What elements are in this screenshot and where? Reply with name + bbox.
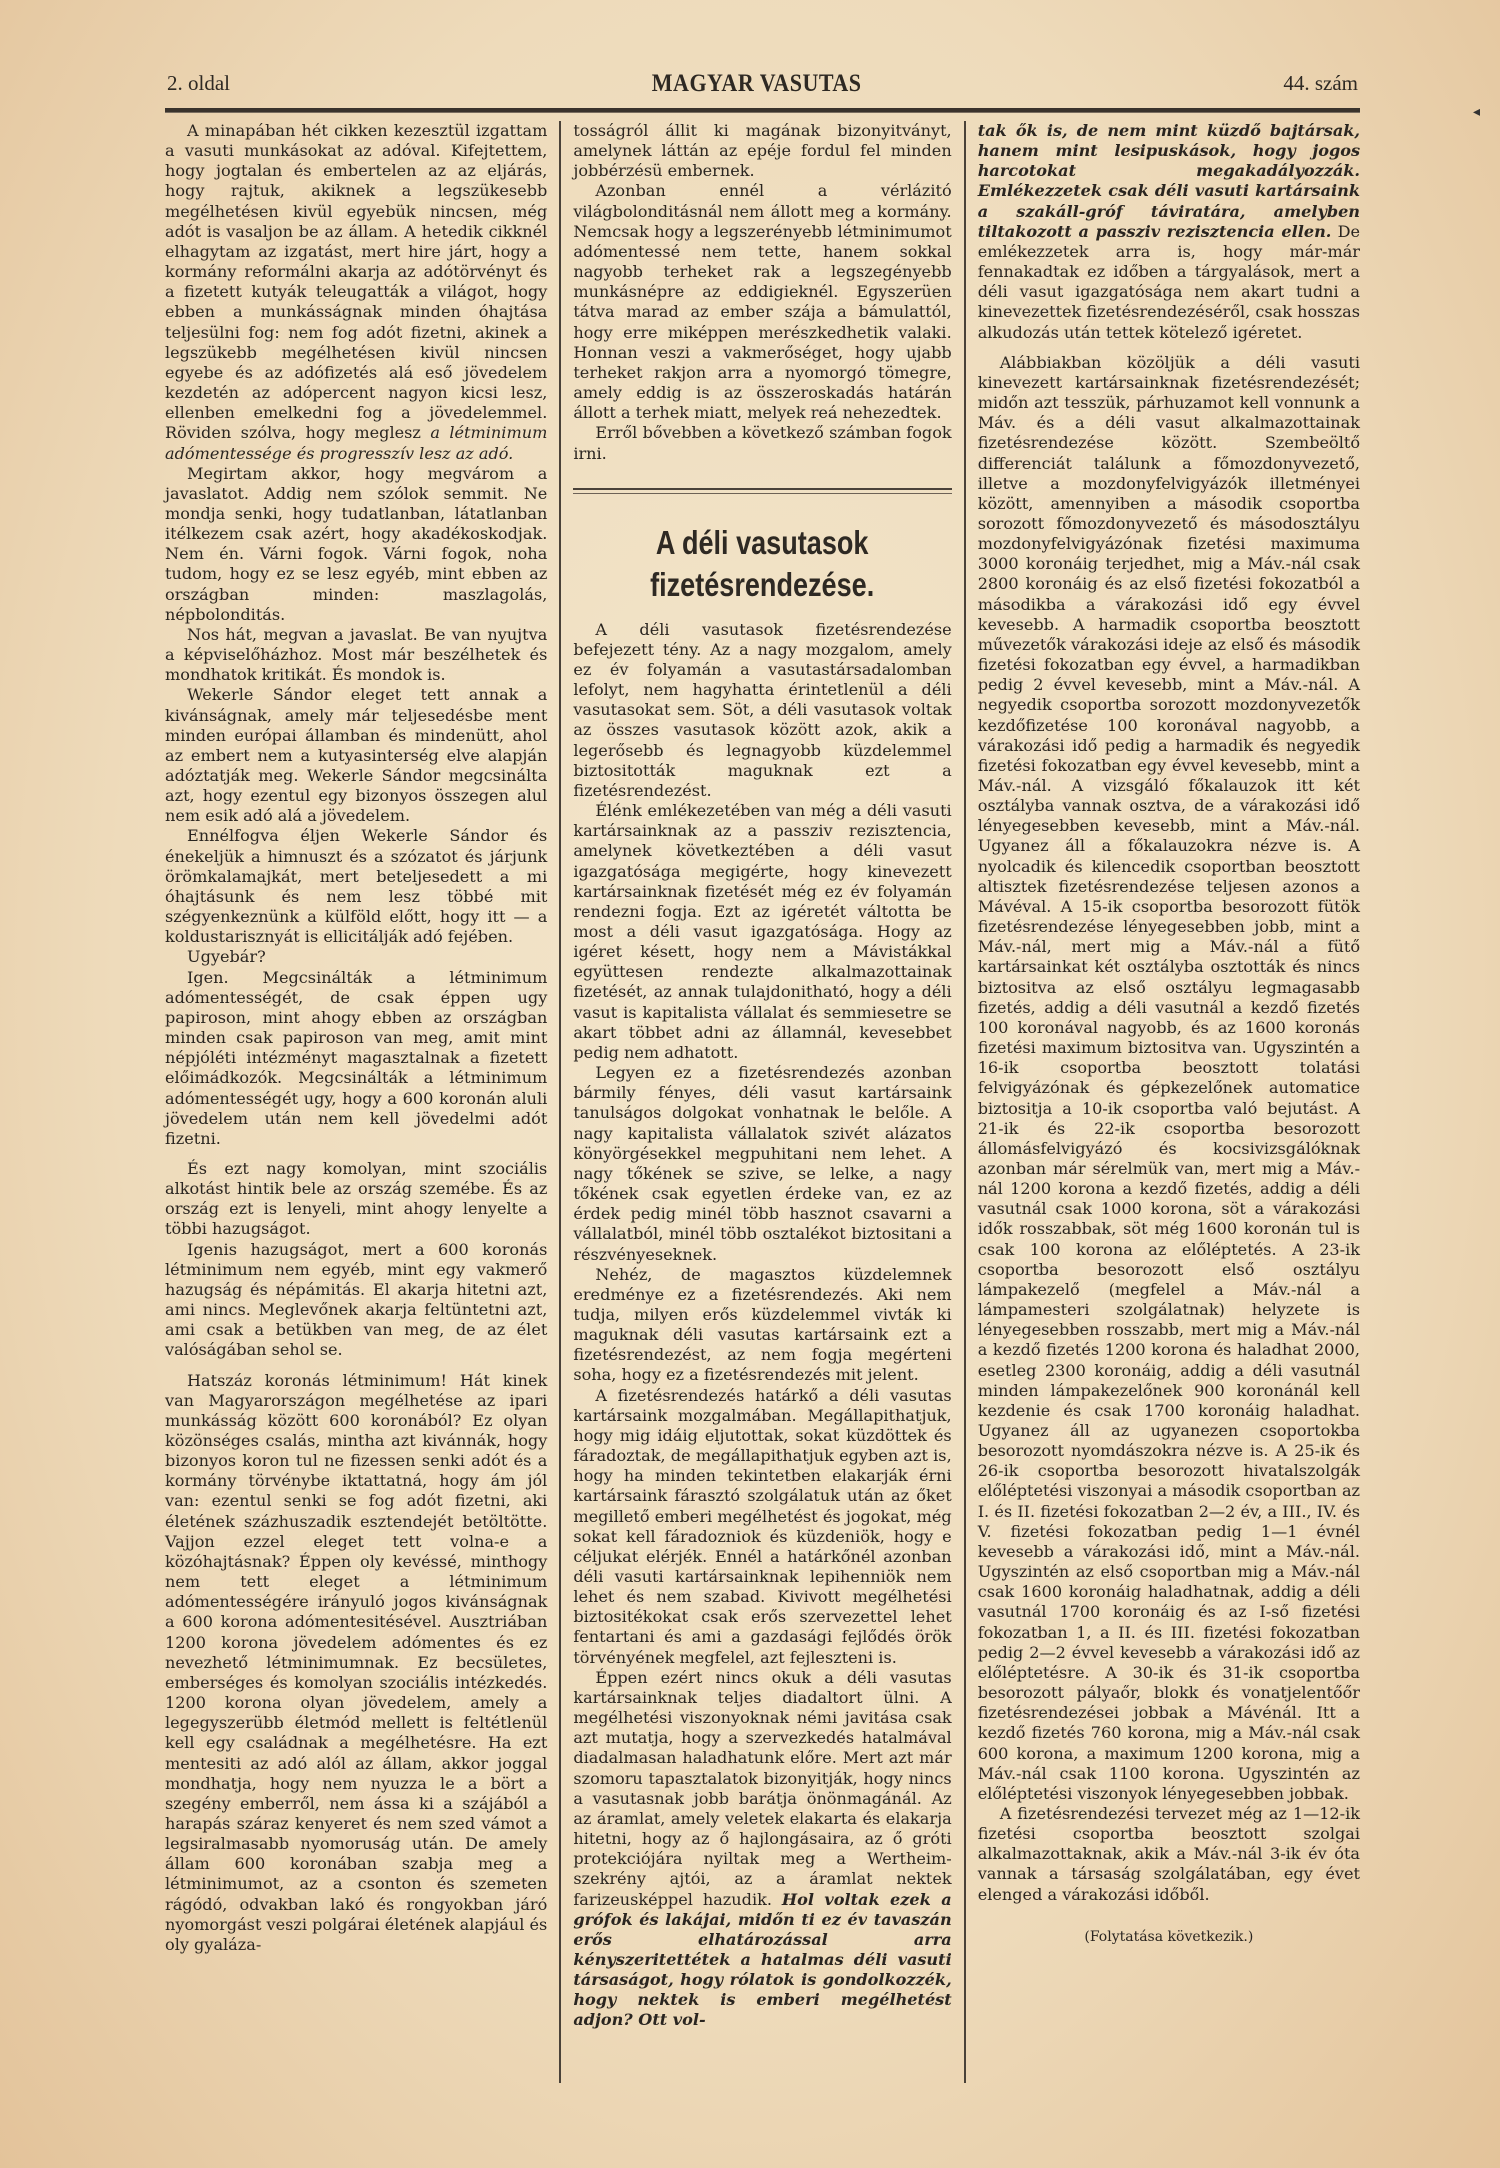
paragraph: Élénk emlékezetében van még a déli vasut… [573,801,951,1063]
paragraph: Nehéz, de magasztos küzdelemnek eredmény… [573,1265,951,1386]
paragraph: Ennélfogva éljen Wekerle Sándor és éneke… [165,826,547,947]
paragraph: A minapában hét cikken kezesztül izgatta… [165,121,547,464]
masthead: 2. oldal MAGYAR VASUTAS 44. szám [165,70,1360,100]
paragraph: Erről bővebben a következő számban fogok… [573,423,951,463]
paragraph: Nos hát, megvan a javaslat. Be van nyujt… [165,625,547,685]
page-edge-mark-icon: ◂ [1473,104,1480,120]
paragraph: tosságról állit ki magának bizonyitványt… [573,121,951,181]
newspaper-title: MAGYAR VASUTAS [652,68,862,98]
paragraph: Megirtam akkor, hogy megvárom a javaslat… [165,464,547,625]
column-3: tak ők is, de nem mint küzdő bajtársak, … [966,121,1360,2083]
paragraph: A fizetésrendezés határkő a déli vasutas… [573,1386,951,1668]
newspaper-page: 2. oldal MAGYAR VASUTAS 44. szám A minap… [165,70,1360,2083]
paragraph: Igenis hazugságot, mert a 600 koronás lé… [165,1240,547,1361]
column-2: tosságról állit ki magának bizonyitványt… [559,121,965,2083]
paragraph: A déli vasutasok fizetésrendezése befeje… [573,620,951,801]
paragraph: Ugyebár? [165,947,547,967]
paragraph: Igen. Megcsinálták a létminimum adómente… [165,968,547,1149]
column-1: A minapában hét cikken kezesztül izgatta… [165,121,559,2083]
paragraph: Alábbiakban közöljük a déli vasuti kinev… [978,353,1360,1804]
page-number: 2. oldal [167,71,230,96]
article-columns: A minapában hét cikken kezesztül izgatta… [165,121,1360,2083]
header-rule [165,108,1360,113]
section-divider [573,488,951,494]
paragraph: tak ők is, de nem mint küzdő bajtársak, … [978,121,1360,343]
article-headline: A déli vasutasok fizetésrendezése. [575,522,951,606]
paragraph: Wekerle Sándor eleget tett annak a kiván… [165,685,547,826]
paragraph: Hatszáz koronás létminimum! Hát kinek va… [165,1371,547,1956]
paragraph: A fizetésrendezési tervezet még az 1—12-… [978,1804,1360,1905]
continued-note: (Folytatása következik.) [978,1927,1360,1947]
paragraph: És ezt nagy komolyan, mint szociális alk… [165,1159,547,1240]
paragraph: Azonban ennél a vérlázitó világbolonditá… [573,181,951,423]
paragraph: Legyen ez a fizetésrendezés azonban bárm… [573,1063,951,1265]
issue-number: 44. szám [1283,71,1358,96]
paragraph: Éppen ezért nincs okuk a déli vasutas ka… [573,1668,951,2031]
